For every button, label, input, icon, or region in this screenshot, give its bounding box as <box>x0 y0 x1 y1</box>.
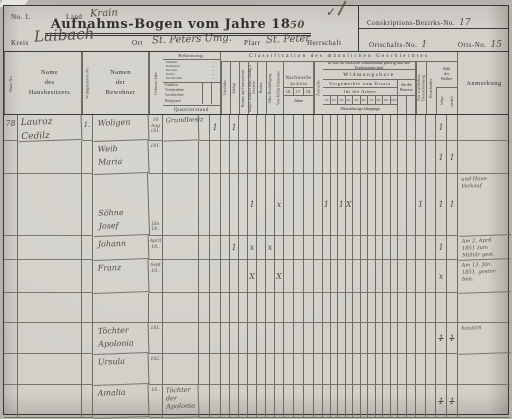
col-header-bewohner: Namen der Bewohner <box>93 52 149 114</box>
table-cell-empty <box>447 115 458 141</box>
ortschaft-value-handwritten: 1 <box>421 40 427 50</box>
table-cell: Am 2. April 1851 zum Militär gest. <box>458 235 511 261</box>
table-cell-empty <box>426 293 436 323</box>
table-cell-empty <box>353 174 361 236</box>
table-cell-empty <box>284 115 294 141</box>
table-cell-empty <box>257 323 266 354</box>
table-cell-empty <box>304 323 314 354</box>
widmung-age-classes: 1te2te3te4te5te6te7te8te9te10te <box>323 96 398 105</box>
table-cell-empty <box>331 141 339 174</box>
list-item: verehel. <box>447 88 457 114</box>
list-item: 1te <box>323 96 331 104</box>
table-cell-empty <box>294 323 304 354</box>
table-cell-empty <box>398 141 407 174</box>
table-cell-empty <box>416 141 426 174</box>
table-cell-empty <box>304 354 314 385</box>
table-cell-empty <box>248 293 257 323</box>
table-cell-empty <box>284 174 294 236</box>
table-cell-empty <box>353 293 361 323</box>
table-cell: 10 Aug 181. <box>149 115 163 141</box>
table-cell-empty <box>353 141 361 174</box>
table-cell-empty <box>323 323 331 354</box>
table-cell-empty <box>239 174 248 236</box>
table-cell-empty <box>18 174 82 236</box>
table-cell-empty <box>266 323 275 354</box>
weiber-header: Zahl der Weiber <box>436 62 458 88</box>
table-cell-empty <box>458 141 510 174</box>
table-cell-empty <box>230 293 239 323</box>
nachwuchs-block: Nachwuchs Zur Zeit bis 16.17.18. Jahre <box>284 62 314 114</box>
widmung-vorgemerkt: Vorgemerkte zum Ersatz <box>323 80 398 88</box>
widmung-reserve: für die Reserve <box>398 80 416 96</box>
weiber-subcols: ledigeverehel. <box>436 88 458 114</box>
table-cell-empty <box>416 323 426 354</box>
table-cell-empty <box>199 323 210 354</box>
table-cell-empty <box>18 260 82 293</box>
cell-text: x <box>277 200 282 209</box>
table-cell-empty <box>331 260 339 293</box>
behausung-lines: ZimmerKammernKüchenKellerDachböden <box>163 60 220 81</box>
table-cell-empty <box>447 354 458 385</box>
cell-text: Jän 18.. <box>149 222 162 233</box>
table-cell-empty <box>391 385 399 418</box>
table-cell-empty <box>331 293 339 323</box>
table-cell-empty <box>18 354 82 385</box>
table-cell-empty <box>376 141 384 174</box>
table-cell: Johann <box>93 235 150 261</box>
table-cell: Sept 18.. <box>149 260 163 293</box>
table-cell-empty <box>383 323 391 354</box>
table-cell-empty <box>210 385 221 418</box>
table-cell-empty <box>338 260 346 293</box>
table-cell-empty <box>353 354 361 385</box>
ortschaft-group: Ortschafts-No. 1 <box>369 34 427 52</box>
table-cell-empty <box>447 260 458 293</box>
table-cell-empty <box>210 260 221 293</box>
table-cell-empty <box>4 236 18 260</box>
quartierstand-label: Quartierstand <box>163 105 220 114</box>
table-cell-empty <box>248 354 257 385</box>
table-cell-empty <box>376 174 384 236</box>
cell-text: 1 <box>249 200 254 209</box>
list-item: 5te <box>353 96 361 104</box>
table-cell-empty <box>426 236 436 260</box>
table-cell-empty <box>294 236 304 260</box>
table-cell-empty <box>383 385 391 418</box>
ortschaft-line: Ortschafts-No. 1 Orts-No. 15 <box>359 29 508 52</box>
table-cell-empty <box>426 323 436 354</box>
col-header-anmerkung: Anmerkung <box>458 52 510 114</box>
table-cell-empty <box>82 385 93 418</box>
table-cell-empty <box>331 385 339 418</box>
table-cell-empty <box>346 293 354 323</box>
table-cell: 1 <box>447 323 458 354</box>
table-cell-empty <box>346 323 354 354</box>
table-cell-empty <box>275 385 284 418</box>
table-cell-empty <box>353 236 361 260</box>
table-cell-empty <box>407 174 416 236</box>
table-cell: Ursula <box>92 353 149 386</box>
kreis-value-handwritten: Laibach <box>34 24 95 45</box>
table-cell: 1 <box>447 141 458 174</box>
table-cell-empty <box>266 115 275 141</box>
table-cell-empty <box>221 236 230 260</box>
classification-columns-labels: GeistlicheAdeligeBeamte und Honoratioren… <box>221 62 283 114</box>
list-item: 6te <box>361 96 369 104</box>
table-cell-empty <box>284 141 294 174</box>
table-cell-empty <box>353 323 361 354</box>
table-cell: 1 <box>436 236 447 260</box>
cell-text: 1 <box>449 200 454 209</box>
table-cell-empty <box>275 141 284 174</box>
table-cell-empty <box>18 236 82 260</box>
table-cell-empty <box>361 236 369 260</box>
list-item: 16. <box>284 88 294 95</box>
table-cell: Töchter Apolonia <box>92 322 149 355</box>
table-cell-empty <box>199 354 210 385</box>
table-cell-empty <box>257 260 266 293</box>
table-cell-empty <box>210 174 221 236</box>
table-cell: x <box>266 236 275 260</box>
pen-tick-mark: ✓ <box>326 5 336 20</box>
table-header: Haus-No. Name des Hausbesitzers Wohnpart… <box>4 52 508 115</box>
table-cell-empty <box>230 174 239 236</box>
table-cell: Töchter der Apolonia <box>162 384 199 418</box>
table-cell-empty <box>239 385 248 418</box>
table-cell-empty <box>275 236 284 260</box>
table-cell-empty <box>239 293 248 323</box>
table-cell: 1 <box>436 115 447 141</box>
table-cell-empty <box>398 174 407 236</box>
behausung-mini-table: Familien Verheirathete Geschlechter Reli… <box>163 82 220 105</box>
table-cell-empty <box>376 354 384 385</box>
list-item: 18. <box>304 88 313 95</box>
table-cell-empty <box>458 354 510 385</box>
table-cell-empty <box>323 115 331 141</box>
table-cell-empty <box>4 354 18 385</box>
table-cell-empty <box>407 115 416 141</box>
table-cell-empty <box>284 260 294 293</box>
table-cell: 18.. <box>149 385 163 418</box>
table-cell: 1 <box>338 174 346 236</box>
ortschaft-label: Ortschafts-No. <box>369 41 417 49</box>
table-cell-empty <box>331 323 339 354</box>
table-cell-empty <box>368 141 376 174</box>
table-cell-empty <box>391 354 399 385</box>
table-cell-empty <box>284 293 294 323</box>
table-cell-empty <box>248 323 257 354</box>
table-cell: 1 <box>230 236 239 260</box>
widmung-age-labels: 1te2te3te4te5te6te7te8te9te10te <box>323 96 397 104</box>
list-item: 2te <box>331 96 339 104</box>
table-cell-empty <box>304 260 314 293</box>
ort-label: Ort <box>132 39 143 47</box>
table-cell-empty <box>210 236 221 260</box>
table-cell-empty <box>331 115 339 141</box>
table-cell-empty <box>163 236 199 260</box>
table-cell-empty <box>416 385 426 418</box>
table-cell-empty <box>314 323 323 354</box>
table-cell-empty <box>398 260 407 293</box>
table-cell-empty <box>368 236 376 260</box>
table-cell-empty <box>257 115 266 141</box>
table-cell-empty <box>284 354 294 385</box>
list-item: 10te <box>391 96 398 104</box>
list-item: 17. <box>294 88 304 95</box>
behausung-mini-row: Religionen <box>163 99 220 104</box>
table-cell-empty <box>294 293 304 323</box>
col-header-hausbesitzer: Name des Hausbesitzers <box>18 52 82 114</box>
table-cell-empty <box>304 141 314 174</box>
table-cell-empty <box>338 323 346 354</box>
table-cell-empty <box>346 141 354 174</box>
table-cell-empty <box>361 323 369 354</box>
list-item: Vom Militär Entlassene <box>275 62 284 114</box>
table-cell-empty <box>199 174 210 236</box>
table-cell-empty <box>338 385 346 418</box>
table-cell: hausirn <box>457 322 510 355</box>
table-cell-empty <box>416 115 426 141</box>
table-cell: Lauroz Cedilz <box>18 114 83 142</box>
table-cell-empty <box>275 115 284 141</box>
behausung-title: Behausung: <box>163 52 220 60</box>
conskription-label: Conskriptions-Bezirks-No. <box>367 19 455 27</box>
list-item: Beamte und Honoratioren <box>239 62 248 114</box>
table-cell-empty <box>163 141 199 174</box>
table-cell-empty <box>239 323 248 354</box>
table-cell-empty <box>93 293 149 323</box>
table-cell-empty <box>221 141 230 174</box>
table-cell-empty <box>314 293 323 323</box>
table-cell-empty <box>239 354 248 385</box>
table-cell-empty <box>361 385 369 418</box>
col-header-zuwachs: Zuwachs <box>314 62 323 114</box>
table-cell-empty <box>294 260 304 293</box>
table-cell-empty <box>376 260 384 293</box>
table-cell-empty <box>398 293 407 323</box>
table-cell-empty <box>163 174 199 236</box>
table-cell-empty <box>416 260 426 293</box>
table-cell: April 18.. <box>149 236 163 260</box>
table-cell-empty <box>275 293 284 323</box>
nachwuchs-years: 16.17.18. <box>284 87 313 96</box>
table-cell-empty <box>391 141 399 174</box>
table-cell-empty <box>82 354 93 385</box>
table-cell-empty <box>4 260 18 293</box>
table-cell-empty <box>426 260 436 293</box>
table-cell-empty <box>221 385 230 418</box>
table-cell-empty <box>376 323 384 354</box>
table-cell-empty <box>416 236 426 260</box>
table-cell-empty <box>346 115 354 141</box>
table-body: 78Lauroz Cedilz1.Woligen10 Aug 181.Grund… <box>4 115 508 418</box>
table-cell-empty <box>361 354 369 385</box>
list-item: Ohne Beschäftigung <box>266 62 275 114</box>
table-cell-empty <box>368 115 376 141</box>
table-cell: 1 <box>323 174 331 236</box>
table-cell-empty <box>398 323 407 354</box>
table-cell-empty <box>257 385 266 418</box>
table-cell: 1 <box>436 323 447 354</box>
col-header-wohnpartei: Wohnparteien-No. <box>82 52 93 114</box>
table-cell-empty <box>376 293 384 323</box>
herrschaft-label: Herrschaft <box>307 39 342 47</box>
table-cell-empty <box>368 385 376 418</box>
table-cell-empty <box>447 236 458 260</box>
list-item: ledige <box>436 88 447 114</box>
table-cell-empty <box>314 115 323 141</box>
col-header-dienstleistung: Zur wirklichen Dienstleistung <box>416 62 426 114</box>
table-cell-empty <box>391 260 399 293</box>
list-item: 7te <box>368 96 376 104</box>
table-cell-empty <box>331 236 339 260</box>
conscription-form-sheet: No. 1. Land Krain Aufnahms-Bogen vom Jah… <box>3 5 509 415</box>
widmung-bottom: Altersklassige Jahrgänge <box>323 105 398 114</box>
table-cell-empty <box>416 293 426 323</box>
table-cell-empty <box>304 236 314 260</box>
col-header-haus-no: Haus-No. <box>4 52 18 114</box>
table-cell-empty <box>398 236 407 260</box>
table-cell-empty <box>323 141 331 174</box>
table-cell-empty <box>230 141 239 174</box>
table-cell-empty <box>294 354 304 385</box>
table-cell-empty <box>447 293 458 323</box>
table-cell-empty <box>407 354 416 385</box>
widmung-topline: In was für wirkliche Militärstände gehör… <box>323 62 416 70</box>
table-cell: 1 <box>210 115 221 141</box>
table-cell: Grundbesiz <box>163 114 200 141</box>
table-cell-empty <box>407 323 416 354</box>
table-cell-empty <box>230 385 239 418</box>
table-cell-empty <box>383 260 391 293</box>
table-cell-empty <box>383 236 391 260</box>
cell-text: 1 <box>324 200 329 209</box>
list-item: Bauern <box>257 62 266 114</box>
table-cell: Jän 18.. <box>149 174 163 236</box>
table-cell-empty <box>239 141 248 174</box>
table-cell-empty <box>346 260 354 293</box>
conskription-value-handwritten: 17 <box>459 18 470 28</box>
widmung-title: Widmungsbare <box>323 70 416 80</box>
nachwuchs-title: Nachwuchs <box>284 74 313 82</box>
table-cell-empty <box>338 354 346 385</box>
table-cell-empty <box>221 260 230 293</box>
table-cell-empty <box>368 260 376 293</box>
reserve-subcells <box>398 96 415 114</box>
list-item: Adelige <box>230 62 239 114</box>
table-cell-empty <box>383 115 391 141</box>
table-cell-empty <box>275 354 284 385</box>
table-cell-empty <box>323 236 331 260</box>
conskription-line: Conskriptions-Bezirks-No. 17 <box>359 6 508 29</box>
table-cell-empty <box>199 260 210 293</box>
table-cell-empty <box>284 385 294 418</box>
orts-label: Orts-No. <box>458 41 487 49</box>
table-cell-empty <box>257 174 266 236</box>
table-cell-empty <box>4 385 18 418</box>
table-cell-empty <box>230 323 239 354</box>
nachwuchs-unit: Jahre <box>284 96 313 103</box>
table-cell-empty <box>210 354 221 385</box>
table-cell-empty <box>257 293 266 323</box>
table-cell: x <box>436 260 447 293</box>
table-cell-empty <box>407 236 416 260</box>
table-cell-empty <box>398 354 407 385</box>
table-cell-empty <box>376 115 384 141</box>
table-cell-empty <box>383 354 391 385</box>
table-cell-empty <box>163 293 199 323</box>
table-cell-empty <box>294 115 304 141</box>
table-cell: Amalia <box>92 384 149 419</box>
cell-text: Söhne Josef <box>98 206 149 233</box>
table-cell-empty <box>368 323 376 354</box>
table-cell: X <box>275 260 284 293</box>
table-cell-empty <box>149 293 163 323</box>
table-cell: Franz <box>92 259 149 294</box>
table-cell-empty <box>257 236 266 260</box>
table-cell-empty <box>257 141 266 174</box>
table-cell-empty <box>323 260 331 293</box>
table-cell-empty <box>82 323 93 354</box>
table-cell-empty <box>323 354 331 385</box>
classification-columns: GeistlicheAdeligeBeamte und Honoratioren… <box>221 62 284 114</box>
list-item: Dachböden <box>166 77 217 81</box>
table-cell-empty <box>331 174 339 236</box>
table-cell-empty <box>248 385 257 418</box>
table-cell: 182. <box>149 354 163 385</box>
table-cell-empty <box>331 354 339 385</box>
table-cell-empty <box>314 236 323 260</box>
ort-value-handwritten: St. Peters Umg. <box>152 33 232 47</box>
table-cell-empty <box>353 115 361 141</box>
table-cell-empty <box>266 293 275 323</box>
table-cell: x <box>275 174 284 236</box>
masthead: No. 1. Land Krain Aufnahms-Bogen vom Jah… <box>4 6 508 52</box>
table-cell-empty <box>82 236 93 260</box>
table-cell-empty <box>391 174 399 236</box>
table-cell-empty <box>346 236 354 260</box>
table-cell-empty <box>407 385 416 418</box>
orts-group: Orts-No. 15 <box>458 34 502 52</box>
table-cell-empty <box>368 174 376 236</box>
table-cell-empty <box>426 174 436 236</box>
table-cell-empty <box>346 385 354 418</box>
table-cell: 1. <box>82 115 93 141</box>
table-cell-empty <box>376 236 384 260</box>
table-cell-empty <box>266 385 275 418</box>
table-cell-empty <box>353 385 361 418</box>
list-item: 8te <box>376 96 384 104</box>
table-cell: 181. <box>149 323 163 354</box>
table-cell-empty <box>248 141 257 174</box>
table-cell-empty <box>239 236 248 260</box>
table-cell-empty <box>426 354 436 385</box>
table-cell-empty <box>368 293 376 323</box>
table-cell-empty <box>82 141 93 174</box>
table-cell-empty <box>391 323 399 354</box>
table-cell-empty <box>314 385 323 418</box>
table-cell-empty <box>338 236 346 260</box>
table-cell: 1 <box>248 174 257 236</box>
table-cell: 1 <box>436 174 447 236</box>
table-cell: Weib Maria <box>92 140 149 175</box>
table-cell-empty <box>398 115 407 141</box>
table-cell-empty <box>407 260 416 293</box>
table-cell-empty <box>314 260 323 293</box>
table-cell: Söhne Josef <box>92 173 150 237</box>
table-cell-empty <box>304 293 314 323</box>
pen-stray-stroke <box>337 1 346 16</box>
